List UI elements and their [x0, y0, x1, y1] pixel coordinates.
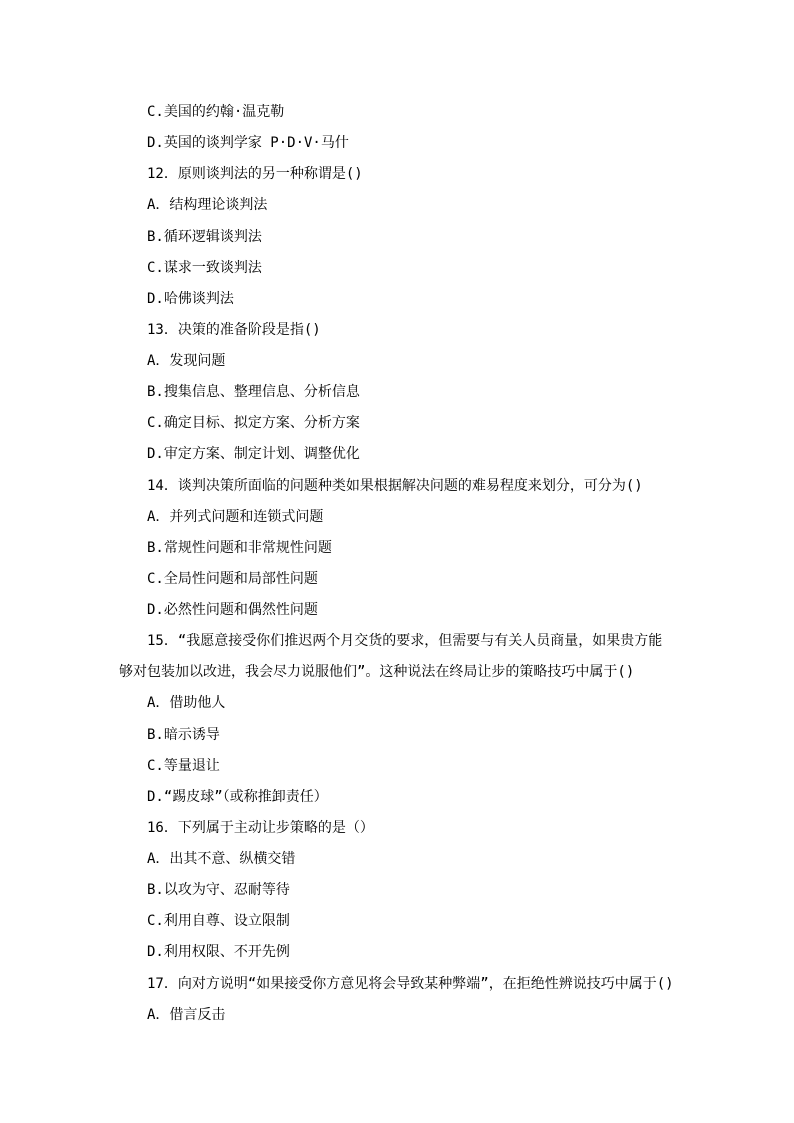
question-stem: 17．向对方说明“如果接受你方意见将会导致某种弊端”，在拒绝性辨说技巧中属于()	[0, 969, 794, 1000]
question-14: 14．谈判决策所面临的问题种类如果根据解决问题的难易程度来划分，可分为() A．…	[0, 471, 794, 627]
option-c: C.等量退让	[0, 751, 794, 782]
option-a: A．出其不意、纵横交错	[0, 844, 794, 875]
question-13: 13．决策的准备阶段是指() A．发现问题 B.搜集信息、整理信息、分析信息 C…	[0, 315, 794, 471]
option-c: C.美国的约翰·温克勒	[0, 97, 794, 128]
option-b: B.搜集信息、整理信息、分析信息	[0, 377, 794, 408]
question-16: 16．下列属于主动让步策略的是（） A．出其不意、纵横交错 B.以攻为守、忍耐等…	[0, 813, 794, 969]
option-c: C.利用自尊、设立限制	[0, 906, 794, 937]
option-c: C.全局性问题和局部性问题	[0, 564, 794, 595]
option-a: A．借助他人	[0, 688, 794, 719]
option-d: D.“踢皮球”（或称推卸责任）	[0, 782, 794, 813]
option-d: D.哈佛谈判法	[0, 284, 794, 315]
option-d: D.审定方案、制定计划、调整优化	[0, 439, 794, 470]
option-b: B.以攻为守、忍耐等待	[0, 875, 794, 906]
document-page: C.美国的约翰·温克勒 D.英国的谈判学家 P·D·V·马什 12．原则谈判法的…	[0, 97, 794, 1031]
question-11-tail: C.美国的约翰·温克勒 D.英国的谈判学家 P·D·V·马什	[0, 97, 794, 159]
question-stem: 14．谈判决策所面临的问题种类如果根据解决问题的难易程度来划分，可分为()	[0, 471, 794, 502]
question-15: 15．“我愿意接受你们推迟两个月交货的要求，但需要与有关人员商量，如果贵方能 够…	[0, 626, 794, 813]
option-b: B.常规性问题和非常规性问题	[0, 533, 794, 564]
option-d: D.利用权限、不开先例	[0, 937, 794, 968]
option-d: D.必然性问题和偶然性问题	[0, 595, 794, 626]
question-stem: 13．决策的准备阶段是指()	[0, 315, 794, 346]
option-c: C.确定目标、拟定方案、分析方案	[0, 408, 794, 439]
question-stem-line-2: 够对包装加以改进，我会尽力说服他们”。这种说法在终局让步的策略技巧中属于()	[0, 657, 794, 688]
option-a: A．并列式问题和连锁式问题	[0, 502, 794, 533]
question-17: 17．向对方说明“如果接受你方意见将会导致某种弊端”，在拒绝性辨说技巧中属于()…	[0, 969, 794, 1031]
option-c: C.谋求一致谈判法	[0, 253, 794, 284]
option-a: A．结构理论谈判法	[0, 190, 794, 221]
option-b: B.循环逻辑谈判法	[0, 222, 794, 253]
question-stem: 12．原则谈判法的另一种称谓是()	[0, 159, 794, 190]
question-12: 12．原则谈判法的另一种称谓是() A．结构理论谈判法 B.循环逻辑谈判法 C.…	[0, 159, 794, 315]
option-d: D.英国的谈判学家 P·D·V·马什	[0, 128, 794, 159]
option-b: B.暗示诱导	[0, 720, 794, 751]
option-a: A．发现问题	[0, 346, 794, 377]
option-a: A．借言反击	[0, 1000, 794, 1031]
question-stem-line-1: 15．“我愿意接受你们推迟两个月交货的要求，但需要与有关人员商量，如果贵方能	[0, 626, 794, 657]
question-stem: 16．下列属于主动让步策略的是（）	[0, 813, 794, 844]
